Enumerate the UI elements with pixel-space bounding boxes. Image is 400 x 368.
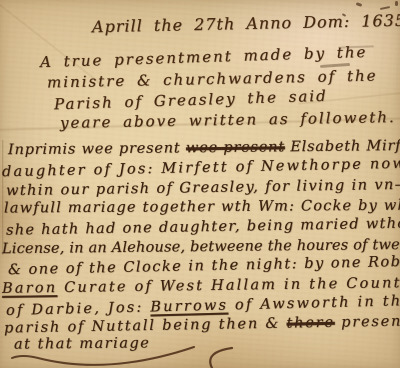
ink-speck: [395, 1, 398, 6]
text-segment: lawfull mariage together wth Wm: Cocke b…: [4, 197, 400, 216]
date-heading: Aprill the 27th Anno Dom: 1635: [92, 11, 400, 37]
preamble-line: ministre & churchwardens of the: [47, 67, 378, 92]
body-line: Baron Curate of West Hallam in the Count…: [2, 275, 400, 297]
body-line: at that mariage: [14, 335, 150, 352]
text-segment: License, in an Alehouse, betweene the ho…: [2, 237, 400, 257]
underlined-name: Burrows: [150, 298, 228, 316]
body-line: lawfull mariage together wth Wm: Cocke b…: [4, 197, 400, 216]
body-line: & one of the Clocke in the night: by one…: [8, 254, 400, 279]
text-segment: at that mariage: [14, 335, 150, 352]
text-segment: she hath had one daughter, being maried …: [6, 215, 400, 238]
text-segment: daughter of Jos: Mirfett of Newthorpe no…: [2, 156, 400, 180]
underlined-name: Baron: [2, 280, 58, 297]
preamble-line: yeare above written as followeth.: [60, 108, 396, 132]
ink-flourish: [200, 346, 238, 368]
body-line: Inprimis wee present wee present Elsabet…: [8, 138, 400, 158]
text-segment: Curate of West Hallam in the County: [57, 275, 400, 296]
text-segment: of Darbie, Jos:: [6, 299, 151, 319]
body-line: License, in an Alehouse, betweene the ho…: [2, 237, 400, 257]
struck-text: wee present: [186, 139, 285, 156]
manuscript-page: Aprill the 27th Anno Dom: 1635 A true pr…: [0, 0, 400, 368]
body-line: she hath had one daughter, being maried …: [6, 215, 400, 238]
body-line: daughter of Jos: Mirfett of Newthorpe no…: [2, 156, 400, 180]
text-segment: present: [335, 313, 400, 330]
text-segment: Inprimis wee present: [8, 140, 186, 158]
text-segment: Elsabeth Mirfett: [285, 138, 400, 155]
text-segment: wthin our parish of Greasley, for living…: [6, 177, 400, 199]
paper-crease: [2, 140, 4, 255]
ink-speck: [380, 6, 390, 10]
struck-text: there: [286, 315, 335, 332]
text-segment: of Awsworth in the: [228, 293, 400, 314]
text-segment: parish of Nuttall being then &: [4, 316, 287, 337]
ink-speck: [356, 2, 363, 7]
text-segment: & one of the Clocke in the night: by one…: [8, 254, 400, 279]
body-line: wthin our parish of Greasley, for living…: [6, 177, 400, 199]
